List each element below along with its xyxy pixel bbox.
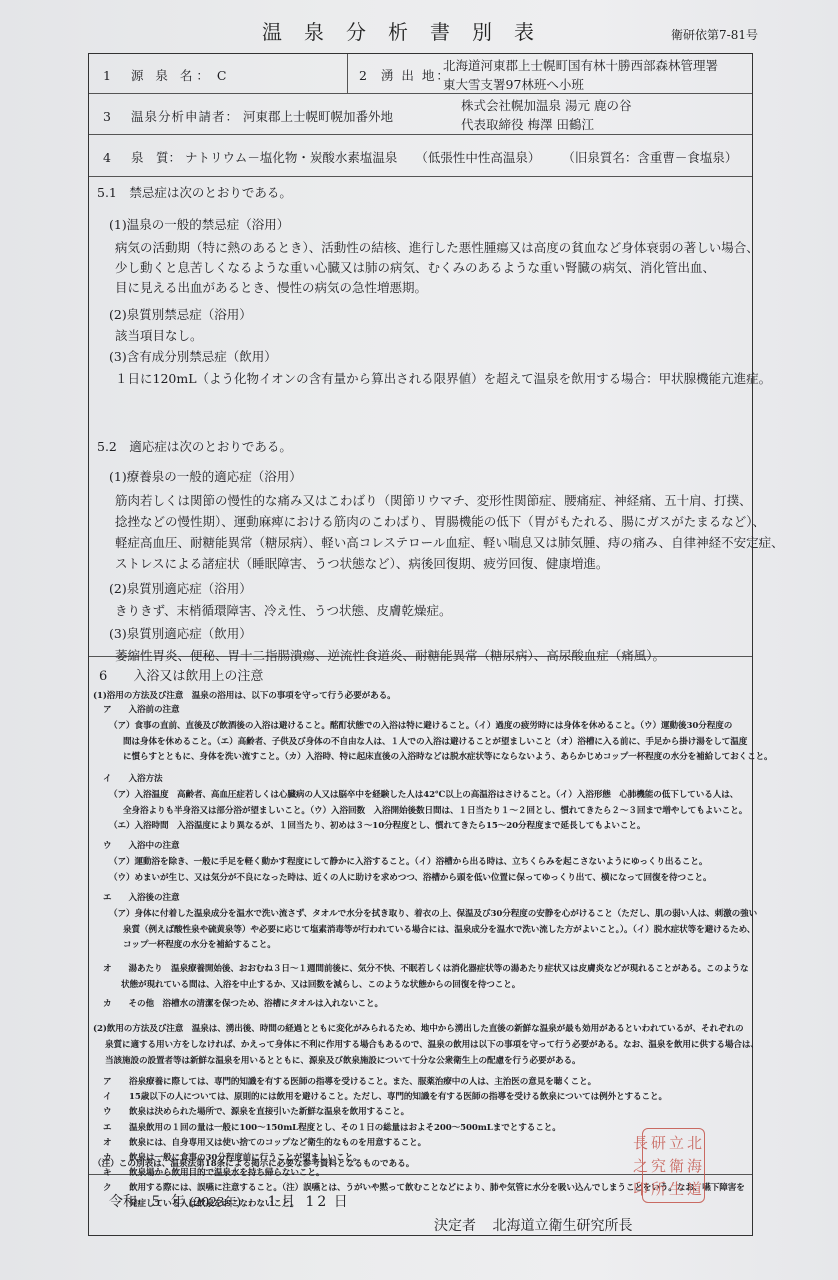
row-source-location: 1 源 泉 名： C 2 湧 出 地： 北海道河東郡上士幌町国有林十勝西部森林管… [89,54,752,94]
precautions-heading: 6 入浴又は飲用上の注意 [99,665,263,684]
general-contraindications-text: 病気の活動期（特に熱のあるとき）、活動性の結核、進行した悪性腫瘍又は高度の貧血な… [115,238,759,298]
general-contraindications-heading: (1)温泉の一般的禁忌症（浴用） [109,215,289,233]
pre-bath-title: ア 入浴前の注意 [103,703,179,715]
list-item: ア浴泉療養に際しては、専門的知識を有する医師の指導を受けること。また、服薬治療中… [103,1075,745,1090]
component-contraindications-text: １日に120mL（よう化物イオンの含有量から算出される限界値）を超えて温泉を飲用… [115,369,771,387]
bath-indications-text: きりきず、末梢循環障害、冷え性、うつ状態、皮膚乾燥症。 [115,601,452,619]
decider: 決定者 北海道立衛生研究所長 [434,1215,632,1235]
applicant-company: 株式会社幌加温泉 湯元 鹿の谷 代表取締役 梅澤 田鶴江 [461,96,631,134]
bath-method-title: イ 入浴方法 [103,772,162,784]
section-precautions: 6 入浴又は飲用上の注意 (1)浴用の方法及び注意 温泉の浴用は、以下の事項を守… [89,657,752,1175]
quality-contraindications-heading: (2)泉質別禁忌症（浴用） [109,305,252,323]
bath-reaction-text: オ 湯あたり 温泉療養開始後、おおむね３日～１週間前後に、気分不快、不眠若しくは… [103,961,749,993]
during-bath-title: ウ 入浴中の注意 [103,839,179,851]
drinking-intro: (2)飲用の方法及び注意 温泉は、湧出後、時間の経過とともに変化がみられるため、… [93,1021,759,1069]
pre-bath-text: （ア）食事の直前、直後及び飲酒後の入浴は避けること。酩酊状態での入浴は特に避ける… [109,719,773,766]
list-item: イ15歳以下の人については、原則的には飲用を避けること。ただし、専門的知識を有す… [103,1090,745,1105]
indications-heading: 5.2 適応症は次のとおりである。 [97,437,292,455]
footnote: （注）この別表は、温泉法第18条による掲示に必要な参考資料となるものである。 [93,1157,414,1169]
old-spring-name: （旧泉質名：含重曹－食塩泉） [562,150,737,165]
applicant-address: 河東郡上士幌町幌加番外地 [243,109,393,124]
during-bath-text: （ア）運動浴を除き、一般に手足を軽く動かす程度にして静かに入浴すること。（イ）浴… [109,855,711,886]
after-bath-title: エ 入浴後の注意 [103,891,179,903]
document-page: 温泉分析書別表 衛研依第7-81号 1 源 泉 名： C 2 湧 出 地： 北海… [0,0,838,1280]
location-label: 2 湧 出 地： [359,66,451,84]
list-item: ウ飲泉は決められた場所で、源泉を直接引いた新鮮な温泉を飲用すること。 [103,1105,745,1120]
applicant-field: 3 温泉分析申請者： 河東郡上士幌町幌加番外地 [103,107,393,125]
column-divider [347,54,348,94]
official-seal-stamp: 北 海 道 立 衛 生 研 究 所 長 之 印 [642,1128,705,1203]
spring-quality-field: 4 泉 質： ナトリウム－塩化物・炭酸水素塩温泉 （低張性中性高温泉） （旧泉質… [103,148,737,166]
analysis-table: 1 源 泉 名： C 2 湧 出 地： 北海道河東郡上士幌町国有林十勝西部森林管… [88,53,753,1236]
contraindications-heading: 5.1 禁忌症は次のとおりである。 [97,183,292,201]
spring-quality-value: ナトリウム－塩化物・炭酸水素塩温泉 [185,150,397,165]
source-name-value: C [217,68,227,83]
quality-contraindications-text: 該当項目なし。 [115,326,203,344]
general-indications-text: 筋肉若しくは関節の慢性的な痛み又はこわばり（関節リウマチ、変形性関節症、腰痛症、… [115,490,784,574]
component-contraindications-heading: (3)含有成分別禁忌症（飲用） [109,347,277,365]
general-indications-heading: (1)療養泉の一般的適応症（浴用） [109,467,302,485]
row-applicant: 3 温泉分析申請者： 河東郡上士幌町幌加番外地 株式会社幌加温泉 湯元 鹿の谷 … [89,94,752,135]
bath-method-text: （ア）入浴温度 高齢者、高血圧症若しくは心臓病の人又は脳卒中を経験した人は42℃… [109,788,747,835]
document-number: 衛研依第7-81号 [671,26,758,43]
section-indications: 5.1 禁忌症は次のとおりである。 (1)温泉の一般的禁忌症（浴用） 病気の活動… [89,177,752,657]
spring-quality-class: （低張性中性高温泉） [415,150,540,165]
after-bath-text: （ア）身体に付着した温泉成分を温水で洗い流さず、タオルで水分を拭き取り、着衣の上… [109,907,757,954]
row-spring-quality: 4 泉 質： ナトリウム－塩化物・炭酸水素塩温泉 （低張性中性高温泉） （旧泉質… [89,135,752,177]
location-value: 北海道河東郡上士幌町国有林十勝西部森林管理署 東大雪支署97林班へ小班 [443,56,718,94]
bath-indications-heading: (2)泉質別適応症（浴用） [109,579,252,597]
drink-indications-heading: (3)泉質別適応症（飲用） [109,624,252,642]
bathing-intro: (1)浴用の方法及び注意 温泉の浴用は、以下の事項を守って行う必要がある。 [93,689,396,701]
source-name-field: 1 源 泉 名： C [103,66,226,84]
other-notes-text: カ その他 浴槽水の清潔を保つため、浴槽にタオルは入れないこと。 [103,997,383,1009]
page-title: 温泉分析書別表 [262,16,556,45]
issue-date: 令和 5 年 (2023年) 1 月 12 日 [109,1191,348,1211]
